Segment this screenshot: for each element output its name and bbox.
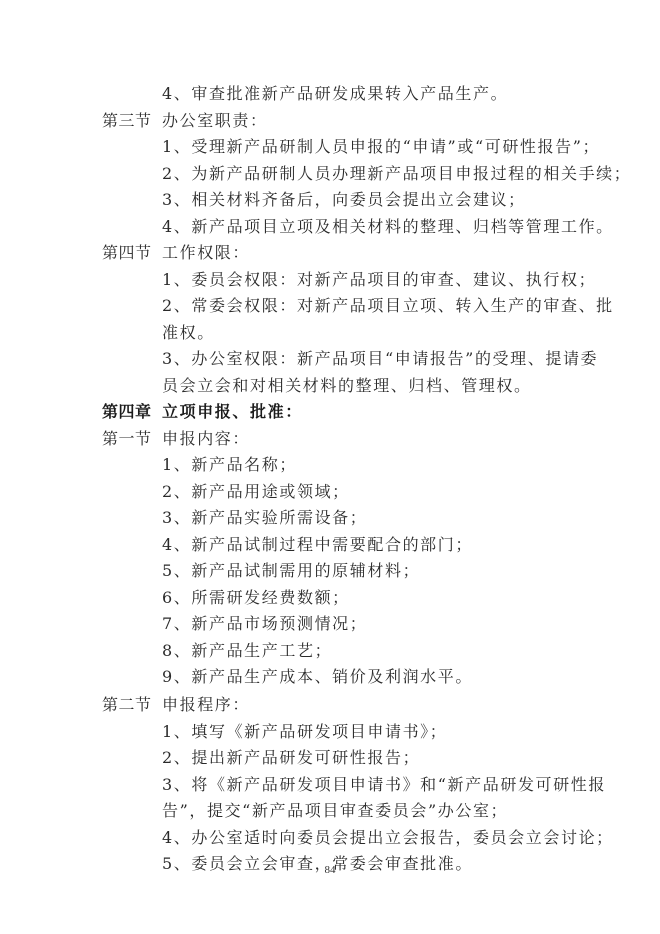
page-number: 84 [0, 864, 660, 876]
line-text: 6、所需研发经费数额； [162, 585, 350, 612]
section-title: 申报程序： [162, 692, 250, 719]
list-item: 4、办公室适时向委员会提出立会报告，委员会立会讨论； [102, 825, 572, 852]
list-item: 9、新产品生产成本、销价及利润水平。 [102, 664, 572, 691]
list-item: 3、相关材料齐备后，向委员会提出立会建议； [102, 187, 572, 214]
section-label: 第一节 [102, 426, 162, 453]
list-item: 2、提出新产品研发可研性报告； [102, 745, 572, 772]
section-title: 申报内容： [162, 426, 250, 453]
list-item: 4、审查批准新产品研发成果转入产品生产。 [102, 81, 572, 108]
list-item: 4、新产品项目立项及相关材料的整理、归档等管理工作。 [102, 214, 572, 241]
line-text: 3、将《新产品研发项目申请书》和“新产品研发可研性报 [162, 772, 606, 799]
line-text: 1、受理新产品研制人员申报的“申请”或“可研性报告”； [162, 134, 600, 161]
list-item: 8、新产品生产工艺； [102, 638, 572, 665]
line-text: 4、新产品试制过程中需要配合的部门； [162, 532, 473, 559]
line-text: 3、新产品实验所需设备； [162, 505, 367, 532]
list-item: 4、新产品试制过程中需要配合的部门； [102, 532, 572, 559]
line-text: 3、办公室权限：新产品项目“申请报告”的受理、提请委 [162, 346, 598, 373]
list-item: 2、为新产品研制人员办理新产品项目申报过程的相关手续； [102, 161, 572, 188]
list-item: 5、新产品试制需用的原辅材料； [102, 558, 572, 585]
list-item-continuation: 准权。 [102, 320, 572, 347]
list-item: 1、委员会权限：对新产品项目的审查、建议、执行权； [102, 267, 572, 294]
line-text: 2、为新产品研制人员办理新产品项目申报过程的相关手续； [162, 161, 631, 188]
line-text: 7、新产品市场预测情况； [162, 611, 367, 638]
line-text: 2、新产品用途或领域； [162, 479, 350, 506]
line-text: 8、新产品生产工艺； [162, 638, 332, 665]
line-text: 准权。 [162, 320, 215, 347]
line-text: 4、新产品项目立项及相关材料的整理、归档等管理工作。 [162, 214, 614, 241]
list-item: 6、所需研发经费数额； [102, 585, 572, 612]
line-text: 1、委员会权限：对新产品项目的审查、建议、执行权； [162, 267, 596, 294]
list-item-continuation: 告”，提交“新产品项目审查委员会”办公室； [102, 798, 572, 825]
section-heading: 第三节 办公室职责： [102, 108, 572, 135]
chapter-heading: 第四章 立项申报、批准： [102, 399, 572, 426]
list-item: 1、新产品名称； [102, 452, 572, 479]
list-item: 7、新产品市场预测情况； [102, 611, 572, 638]
line-text: 4、审查批准新产品研发成果转入产品生产。 [162, 81, 508, 108]
section-heading: 第四节 工作权限： [102, 240, 572, 267]
line-text: 9、新产品生产成本、销价及利润水平。 [162, 664, 473, 691]
line-text: 5、新产品试制需用的原辅材料； [162, 558, 420, 585]
section-label: 第四节 [102, 240, 162, 267]
list-item: 3、办公室权限：新产品项目“申请报告”的受理、提请委 [102, 346, 572, 373]
line-text: 1、填写《新产品研发项目申请书》； [162, 719, 447, 746]
section-label: 第三节 [102, 108, 162, 135]
section-title: 工作权限： [162, 240, 250, 267]
line-text: 员会立会和对相关材料的整理、归档、管理权。 [162, 373, 532, 400]
list-item: 1、填写《新产品研发项目申请书》； [102, 719, 572, 746]
list-item: 1、受理新产品研制人员申报的“申请”或“可研性报告”； [102, 134, 572, 161]
line-text: 1、新产品名称； [162, 452, 297, 479]
list-item: 3、新产品实验所需设备； [102, 505, 572, 532]
list-item: 3、将《新产品研发项目申请书》和“新产品研发可研性报 [102, 772, 572, 799]
line-text: 3、相关材料齐备后，向委员会提出立会建议； [162, 187, 526, 214]
section-heading: 第二节 申报程序： [102, 692, 572, 719]
list-item-continuation: 员会立会和对相关材料的整理、归档、管理权。 [102, 373, 572, 400]
section-label: 第二节 [102, 692, 162, 719]
line-text: 4、办公室适时向委员会提出立会报告，委员会立会讨论； [162, 825, 614, 852]
line-text: 2、常委会权限：对新产品项目立项、转入生产的审查、批 [162, 293, 614, 320]
section-heading: 第一节 申报内容： [102, 426, 572, 453]
list-item: 2、新产品用途或领域； [102, 479, 572, 506]
line-text: 2、提出新产品研发可研性报告； [162, 745, 420, 772]
line-text: 告”，提交“新产品项目审查委员会”办公室； [162, 798, 508, 825]
list-item: 2、常委会权限：对新产品项目立项、转入生产的审查、批 [102, 293, 572, 320]
chapter-label: 第四章 [102, 399, 162, 426]
document-page: 4、审查批准新产品研发成果转入产品生产。 第三节 办公室职责： 1、受理新产品研… [0, 0, 660, 934]
document-body: 4、审查批准新产品研发成果转入产品生产。 第三节 办公室职责： 1、受理新产品研… [102, 81, 572, 878]
section-title: 办公室职责： [162, 108, 268, 135]
chapter-title: 立项申报、批准： [162, 399, 303, 426]
